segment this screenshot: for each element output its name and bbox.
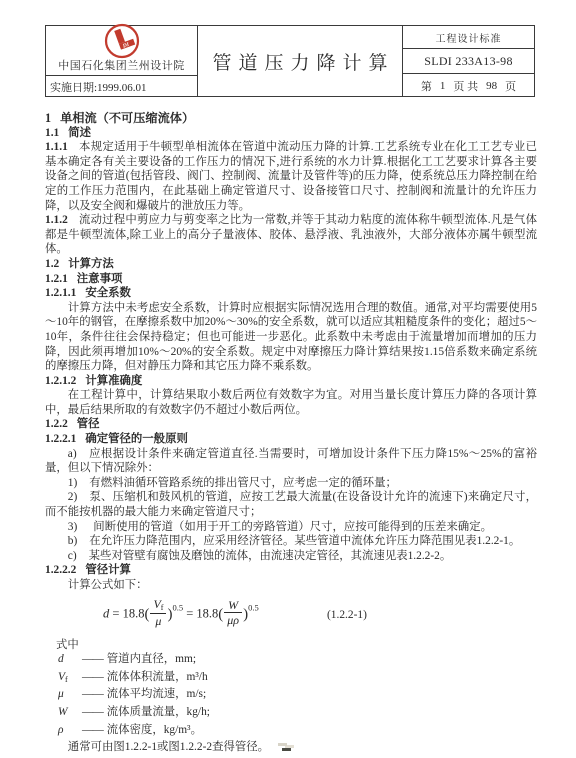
definition-dash: —— <box>82 688 103 700</box>
paragraph-number: 1.1.1 <box>45 141 68 153</box>
section-heading-1-2-2: 1.2.2管径 <box>45 417 537 432</box>
organization-cell: DI 中国石化集团兰州设计院 <box>46 26 197 76</box>
section-number: 1.2.2.2 <box>45 564 76 576</box>
list-marker: b) <box>68 535 78 547</box>
paragraph-text: 流动过程中剪应力与剪变率之比为一常数,并等于其动力粘度的流体称牛顿型流体.凡是气… <box>45 214 537 255</box>
equals-sign: = <box>112 606 119 620</box>
paragraph-1-1-2: 1.1.2流动过程中剪应力与剪变率之比为一常数,并等于其动力粘度的流体称牛顿型流… <box>45 213 537 257</box>
section-heading-1-2-1: 1.2.1注意事项 <box>45 272 537 287</box>
section-title: 注意事项 <box>77 273 123 285</box>
symbol-definition-d: d——管道内直径，mm; <box>58 652 537 670</box>
variable: W <box>228 598 238 612</box>
document-page: DI 中国石化集团兰州设计院 实施日期:1999.06.01 管道压力降计算 工… <box>0 0 576 758</box>
list-item-text: 某些对管壁有腐蚀及磨蚀的流体，由流速决定管径，其流速见表1.2.2-2。 <box>89 550 452 562</box>
open-paren: ( <box>144 606 149 622</box>
section-number: 1.2.1.1 <box>45 287 76 299</box>
section-heading-1: 1单相流（不可压缩流体） <box>45 111 537 126</box>
symbol: Vf <box>58 670 82 688</box>
document-title: 管道压力降计算 <box>205 48 394 75</box>
list-marker: 2) <box>68 491 78 503</box>
exponent: 0.5 <box>172 602 183 612</box>
where-label: 式中 <box>56 638 537 653</box>
variable: μ <box>155 614 161 628</box>
variable: ρ <box>58 724 63 736</box>
section-title: 安全系数 <box>85 287 131 299</box>
variable: d <box>58 653 64 665</box>
definition-dash: —— <box>82 653 103 665</box>
definition-dash: —— <box>82 671 103 683</box>
subscript: f <box>65 675 68 684</box>
list-item-c: c)某些对管壁有腐蚀及磨蚀的流体，由流速决定管径，其流速见表1.2.2-2。 <box>45 549 537 564</box>
title-block-center-cell: 管道压力降计算 <box>198 26 402 97</box>
list-item-text: 间断使用的管道（如用于开工的旁路管道）尺寸，应按可能得到的压差来确定。 <box>93 521 492 533</box>
formula-lhs: d <box>103 606 109 620</box>
closing-note: 通常可由图1.2.2-1或图1.2.2-2查得管径。 <box>45 740 537 755</box>
section-heading-1-2-1-1: 1.2.1.1安全系数 <box>45 286 537 301</box>
symbol-definition-mu: μ——流体平均流速，m/s; <box>58 687 537 705</box>
paragraph-1-1-1: 1.1.1本规定适用于牛顿型单相流体在管道中流动压力降的计算.工艺系统专业在化工… <box>45 140 537 213</box>
numerator: Vf <box>150 598 166 613</box>
pipe-diameter-formula: d = 18.8(Vfμ)0.5 = 18.8(Wμρ)0.5 <box>103 600 259 629</box>
variable: W <box>58 706 68 718</box>
definition-text: 流体平均流速，m/s; <box>107 688 206 700</box>
page-prefix: 第 <box>421 78 432 94</box>
symbol: μ <box>58 687 82 705</box>
section-heading-1-2-2-1: 1.2.2.1确定管径的一般原则 <box>45 432 537 447</box>
variable: V <box>58 671 65 683</box>
list-item-text: 泵、压缩机和鼓风机的管道，应按工艺最大流量(在设备设计允许的流速下)来确定尺寸，… <box>45 491 537 518</box>
definition-dash: —— <box>82 706 103 718</box>
open-paren: ( <box>218 606 223 622</box>
section-number: 1.1 <box>45 127 59 139</box>
definition-text: 管道内直径，mm; <box>107 653 196 665</box>
standard-number: SLDI 233A13-98 <box>403 49 534 74</box>
variable: μ <box>58 688 64 700</box>
list-item-text: 在允许压力降范围内，应采用经济管径。某些管道中流体允许压力降范围见表1.2.2-… <box>89 535 520 547</box>
coefficient: 18.8 <box>123 606 145 620</box>
fraction: Wμρ <box>224 599 242 626</box>
list-item-1: 1)有燃料油循环管路系统的排出管尺寸，应考虑一定的循环量； <box>45 476 537 491</box>
section-number: 1 <box>45 111 51 125</box>
section-number: 1.2.2 <box>45 418 68 430</box>
section-title: 管径 <box>77 418 100 430</box>
list-item-3: 3)间断使用的管道（如用于开工的旁路管道）尺寸，应按可能得到的压差来确定。 <box>45 520 537 535</box>
equation-block: d = 18.8(Vfμ)0.5 = 18.8(Wμρ)0.5 (1.2.2-1… <box>45 600 537 634</box>
section-title: 确定管径的一般原则 <box>85 433 188 445</box>
section-title: 计算准确度 <box>85 375 142 387</box>
definition-text: 流体密度，kg/m³。 <box>107 724 202 736</box>
list-item-b: b)在允许压力降范围内，应采用经济管径。某些管道中流体允许压力降范围见表1.2.… <box>45 534 537 549</box>
definition-text: 流体质量流量，kg/h; <box>107 706 210 718</box>
section-heading-1-2-2-2: 1.2.2.2管径计算 <box>45 563 537 578</box>
section-heading-1-1: 1.1简述 <box>45 126 537 141</box>
paragraph-accuracy: 在工程计算中，计算结果取小数后两位有效数字为宜。对用当量长度计算压力降的各项计算… <box>45 388 537 417</box>
section-number: 1.2.2.1 <box>45 433 76 445</box>
list-marker: 1) <box>68 477 78 489</box>
section-title: 管径计算 <box>85 564 131 576</box>
title-block-right-cell: 工程设计标准 SLDI 233A13-98 第1页 共98页 <box>402 26 534 97</box>
symbol: d <box>58 652 82 670</box>
section-title: 单相流（不可压缩流体） <box>60 111 194 125</box>
document-body: 1单相流（不可压缩流体） 1.1简述 1.1.1本规定适用于牛顿型单相流体在管道… <box>45 111 537 755</box>
symbol-definition-w: W——流体质量流量，kg/h; <box>58 705 537 723</box>
list-marker: c) <box>68 550 77 562</box>
definition-text: 流体体积流量，m³/h <box>107 671 208 683</box>
list-item-2: 2)泵、压缩机和鼓风机的管道，应按工艺最大流量(在设备设计允许的流速下)来确定尺… <box>45 490 537 519</box>
list-marker: 3) <box>68 521 78 533</box>
page-indicator: 第1页 共98页 <box>403 74 534 97</box>
list-item-a: a)应根据设计条件来确定管道直径.当需要时，可增加设计条件下压力降15%～25%… <box>45 447 537 476</box>
section-number: 1.2.1.2 <box>45 375 76 387</box>
total-page-number: 98 <box>486 80 497 92</box>
symbol: ρ <box>58 723 82 741</box>
title-block-table: DI 中国石化集团兰州设计院 实施日期:1999.06.01 管道压力降计算 工… <box>45 25 535 97</box>
section-heading-1-2: 1.2计算方法 <box>45 257 537 272</box>
paragraph-safety-factor: 计算方法中未考虑安全系数，计算时应根据实际情况选用合理的数值。通常,对平均需要使… <box>45 301 537 374</box>
section-number: 1.2 <box>45 258 59 270</box>
title-block-left-cell: DI 中国石化集团兰州设计院 实施日期:1999.06.01 <box>46 26 198 97</box>
section-title: 简述 <box>68 127 91 139</box>
list-marker: a) <box>68 448 77 460</box>
symbol-definition-rho: ρ——流体密度，kg/m³。 <box>58 723 537 741</box>
denominator: μ <box>150 613 166 627</box>
definition-dash: —— <box>82 724 103 736</box>
section-number: 1.2.1 <box>45 273 68 285</box>
implementation-date: 实施日期:1999.06.01 <box>46 76 197 97</box>
section-title: 计算方法 <box>68 258 114 270</box>
equals-sign: = <box>186 606 193 620</box>
page-suffix: 页 <box>505 78 516 94</box>
list-item-text: 有燃料油循环管路系统的排出管尺寸，应考虑一定的循环量； <box>89 477 397 489</box>
list-item-text: 应根据设计条件来确定管道直径.当需要时，可增加设计条件下压力降15%～25%的富… <box>45 448 537 475</box>
variable: V <box>153 597 160 611</box>
subscript: f <box>161 603 164 612</box>
organization-logo-icon: DI <box>103 22 141 60</box>
denominator: μρ <box>224 612 242 626</box>
symbol: W <box>58 705 82 723</box>
page-mid-label: 页 共 <box>453 78 478 94</box>
variable: μρ <box>227 613 239 627</box>
numerator: W <box>224 599 242 612</box>
formula-intro: 计算公式如下： <box>45 578 537 593</box>
page-footer-mark <box>282 748 291 751</box>
paragraph-text: 本规定适用于牛顿型单相流体在管道中流动压力降的计算.工艺系统专业在化工工艺专业已… <box>45 141 537 211</box>
section-heading-1-2-1-2: 1.2.1.2计算准确度 <box>45 374 537 389</box>
organization-name: 中国石化集团兰州设计院 <box>58 60 185 73</box>
coefficient: 18.8 <box>196 606 218 620</box>
standard-type-label: 工程设计标准 <box>403 26 534 49</box>
symbol-definition-vf: Vf——流体体积流量，m³/h <box>58 670 537 688</box>
fraction: Vfμ <box>150 598 166 627</box>
equation-number: (1.2.2-1) <box>327 608 367 623</box>
paragraph-number: 1.1.2 <box>45 214 68 226</box>
current-page-number: 1 <box>440 80 446 92</box>
exponent: 0.5 <box>248 602 259 612</box>
